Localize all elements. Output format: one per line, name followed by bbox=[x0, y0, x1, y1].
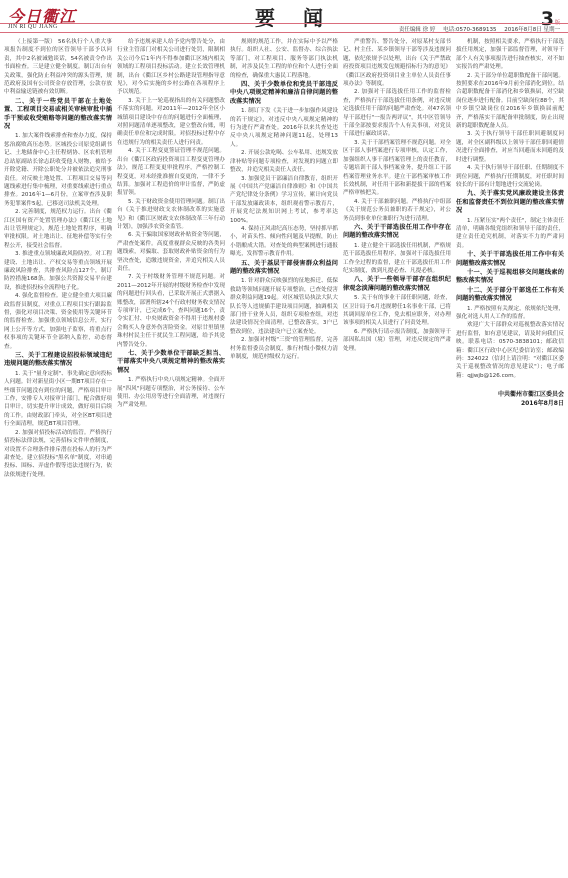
body-paragraph: 2. 加强对干部选拔任用工作的监督检查，严格执行干部选拔任用条例，对违反规定选拔… bbox=[343, 88, 451, 138]
body-paragraph: 欢迎广大干部群众对巡视整改落实情况进行监督，如有意见建议，请及时向我们反映。联系… bbox=[456, 321, 564, 380]
body-paragraph: （上接第一版） 56名执行个人重大事项报告制度不到位的区管领导干部予以问责，其中… bbox=[4, 38, 112, 97]
body-paragraph: 3. 关于执行领导干部任职回避制度问题，对全区副科级以上领导干部任职回避情况进行… bbox=[456, 130, 564, 164]
body-paragraph: 2. 开展公款吃喝、公车私用、违规发放津补贴等问题专项检查，对发现的问题立即整改… bbox=[230, 149, 338, 174]
section-heading: 五、关于基层干部侵害群众利益问题的整改落实情况 bbox=[230, 260, 338, 277]
body-paragraph: 1. 建立健全干部选拔任用机制，严格规范干部选拔任用程序，加强对干部选拔任用工作… bbox=[343, 242, 451, 276]
body-paragraph: 4. 关于执行领导干部任职、任期制度不到位问题，严格执行任期制度，对任职时间较长… bbox=[456, 164, 564, 189]
newspaper-logo-pinyin: JIN RI QU JIANG bbox=[8, 24, 58, 30]
article-columns: （上接第一版） 56名执行个人重大事项报告制度不到位的区管领导干部予以问责，其中… bbox=[4, 38, 564, 874]
body-paragraph: 1. 严格按照有关规定，依规依纪处理，强化对选人用人工作的监督。 bbox=[456, 305, 564, 322]
signature-date: 2016年8月8日 bbox=[456, 399, 564, 408]
section-title: 要闻 bbox=[255, 2, 351, 31]
body-paragraph: 1. 压紧压实"两个责任"，制定主体责任清单，明确各级党组织和领导干部的责任，建… bbox=[456, 217, 564, 251]
body-paragraph: 3. 推进重点领域廉政风险防控。对工程建设、土地出让、产权交易等重点领域开展廉政… bbox=[4, 250, 112, 292]
body-paragraph: 5. 关于有的事业干部任职问题，经查，区卫计局于6月违规聘任1名事业干部，已将其… bbox=[343, 294, 451, 328]
body-paragraph: 4. 关于干部兼职问题。严格执行中组部《关于规范公务员兼职的若干规定》，对公务员… bbox=[343, 198, 451, 223]
column-5: 机制，按照相关要求，严格执行干部选拔任用规定，加强干部监督管理，对领导干部个人有… bbox=[456, 38, 564, 874]
section-heading: 十、关于干部选拔任用工作中有关问题整改落实情况 bbox=[456, 251, 564, 268]
body-paragraph: 6. 关于骗取国家财政补贴资金等问题，严肃查处案件。高度重视群众反映的各类问题线… bbox=[117, 231, 225, 273]
body-paragraph: 1. 严格执行中央八项规定精神。全面开展"四风"问题专项整治，对公务接待、公车使… bbox=[117, 376, 225, 410]
body-paragraph: 4. 强化监督检查。建立健全重大项目廉政监督员制度，对重点工程项目实行跟踪监督，… bbox=[4, 292, 112, 351]
body-paragraph: 1. 关于"量身定制"、事先确定意向投标人问题。针对新星街小区一期BT项目存在一… bbox=[4, 370, 112, 429]
header-rule-top bbox=[0, 23, 568, 24]
column-2: 给予违规承建人给予党内警告处分，由行业主管部门对相关公司进行处罚，限制相关公司今… bbox=[117, 38, 225, 874]
section-heading: 十二、关于部分干部选任工作有关问题的整改落实情况 bbox=[456, 287, 564, 304]
body-paragraph: 3. 关于干部档案管理不规范问题。对全区干部人事档案进行专项审核，认定工作，加强… bbox=[343, 139, 451, 198]
body-paragraph: 2. 完善制度，规范权力运行。出台《衢江区国有资产处置管理办法》《衢江区土地出让… bbox=[4, 208, 112, 250]
body-paragraph: 2. 加强对招投标活动的监管。严格执行招投标法律法规，完善招标文件审查制度，对设… bbox=[4, 429, 112, 479]
column-3: 规则的规范工作，并在实际中予以严格执行。组织人社、公安、监督办、综合执法等部门，… bbox=[230, 38, 338, 874]
section-heading: 二、关于一些党员干部在土地处置、工程项目交易或相关审核审批中插手干预或收受贿赂等… bbox=[4, 98, 112, 132]
body-paragraph: 7. 关于村级财务管理不规范问题。对2011—2012年开展的村级财务检查中发现… bbox=[117, 273, 225, 349]
body-paragraph: 1. 加大案件线索排查和查办力度，保持惩治腐败高压态势。区城投公司原党组副书记、… bbox=[4, 132, 112, 208]
body-paragraph: 5. 关于财政资金使用管理问题。制订出台《关于推进财政支农体制改革的实施意见》和… bbox=[117, 198, 225, 232]
body-paragraph: 4. 保持正风肃纪高压态势，坚持抓早抓小，对苗头性、倾向性问题及早提醒，防止小错… bbox=[230, 225, 338, 259]
body-paragraph: 2. 加强对村级"三资"的管理监督，完善村务监督委员会制度，推行村级小微权力清单… bbox=[230, 336, 338, 361]
body-paragraph: 机制，按照相关要求，严格执行干部选拔任用规定，加强干部监督管理，对领导干部个人有… bbox=[456, 38, 564, 72]
body-paragraph: 1. 针对群众反映强烈的征地拆迁、低保救助等领域问题开展专项整治，已查处侵害群众… bbox=[230, 277, 338, 336]
body-paragraph: 规则的规范工作，并在实际中予以严格执行。组织人社、公安、监督办、综合执法等部门，… bbox=[230, 38, 338, 80]
body-paragraph: 4. 关于工程变更签证管理不规范问题。出台《衢江区政府投资项目工程变更管理办法》… bbox=[117, 147, 225, 197]
body-paragraph: 严重警告、警告处分，对原某村支部书记、村主任、某乡镇领导干部等涉及违规问题，依纪… bbox=[343, 38, 451, 88]
column-4: 严重警告、警告处分，对原某村支部书记、村主任、某乡镇领导干部等涉及违规问题，依纪… bbox=[343, 38, 451, 874]
section-heading: 六、关于干部选拔任用工作中存在问题的整改落实情况 bbox=[343, 224, 451, 241]
section-heading: 八、关于一些领导干部存在组织纪律观念淡薄问题的整改落实情况 bbox=[343, 276, 451, 293]
body-paragraph: 6. 严格执行请示报告制度，加强领导干部因私出国（境）管理，对违反规定的严肃处理… bbox=[343, 328, 451, 353]
signature-block: 中共衢州市衢江区委员会2016年8月8日 bbox=[456, 390, 564, 408]
header-rule-bottom bbox=[0, 32, 568, 33]
body-paragraph: 3. 关于上一轮巡视指出的有关问题整改不落实的问题。对2011年—2012年全区… bbox=[117, 97, 225, 147]
section-heading: 十一、关于巡视组移交问题线索的整改落实情况 bbox=[456, 269, 564, 286]
body-paragraph: 3. 加强党员干部廉洁自律教育，组织开展《中国共产党廉洁自律准则》和《中国共产党… bbox=[230, 175, 338, 225]
section-heading: 四、关于少数单位和党员干部违反中央八项规定精神和廉洁自律问题的整改落实情况 bbox=[230, 81, 338, 106]
signature-org: 中共衢州市衢江区委员会 bbox=[456, 390, 564, 399]
column-1: （上接第一版） 56名执行个人重大事项报告制度不到位的区管领导干部予以问责，其中… bbox=[4, 38, 112, 874]
section-heading: 三、关于工程建设招投标领域违纪违规问题的整改落实情况 bbox=[4, 352, 112, 369]
body-paragraph: 1. 制订下发《关于进一步加强作风建设的若干规定》，对违反中央八项规定精神的行为… bbox=[230, 107, 338, 149]
body-paragraph: 给予违规承建人给予党内警告处分，由行业主管部门对相关公司进行处罚，限制相关公司今… bbox=[117, 38, 225, 97]
section-heading: 九、关于落实党风廉政建设主体责任和监督责任不到位问题的整改落实情况 bbox=[456, 190, 564, 215]
body-paragraph: 2. 关于部分单位超职数配备干部问题。按照要求在2016年9月前全部消化到位。结… bbox=[456, 72, 564, 131]
section-heading: 七、关于少数单位干部缺乏担当、干部落实中央八项规定精神的整改落实情况 bbox=[117, 350, 225, 375]
masthead: 今日衢江 JIN RI QU JIANG 要闻 3 版 责任编辑 徐 婷 电话:… bbox=[0, 0, 568, 34]
